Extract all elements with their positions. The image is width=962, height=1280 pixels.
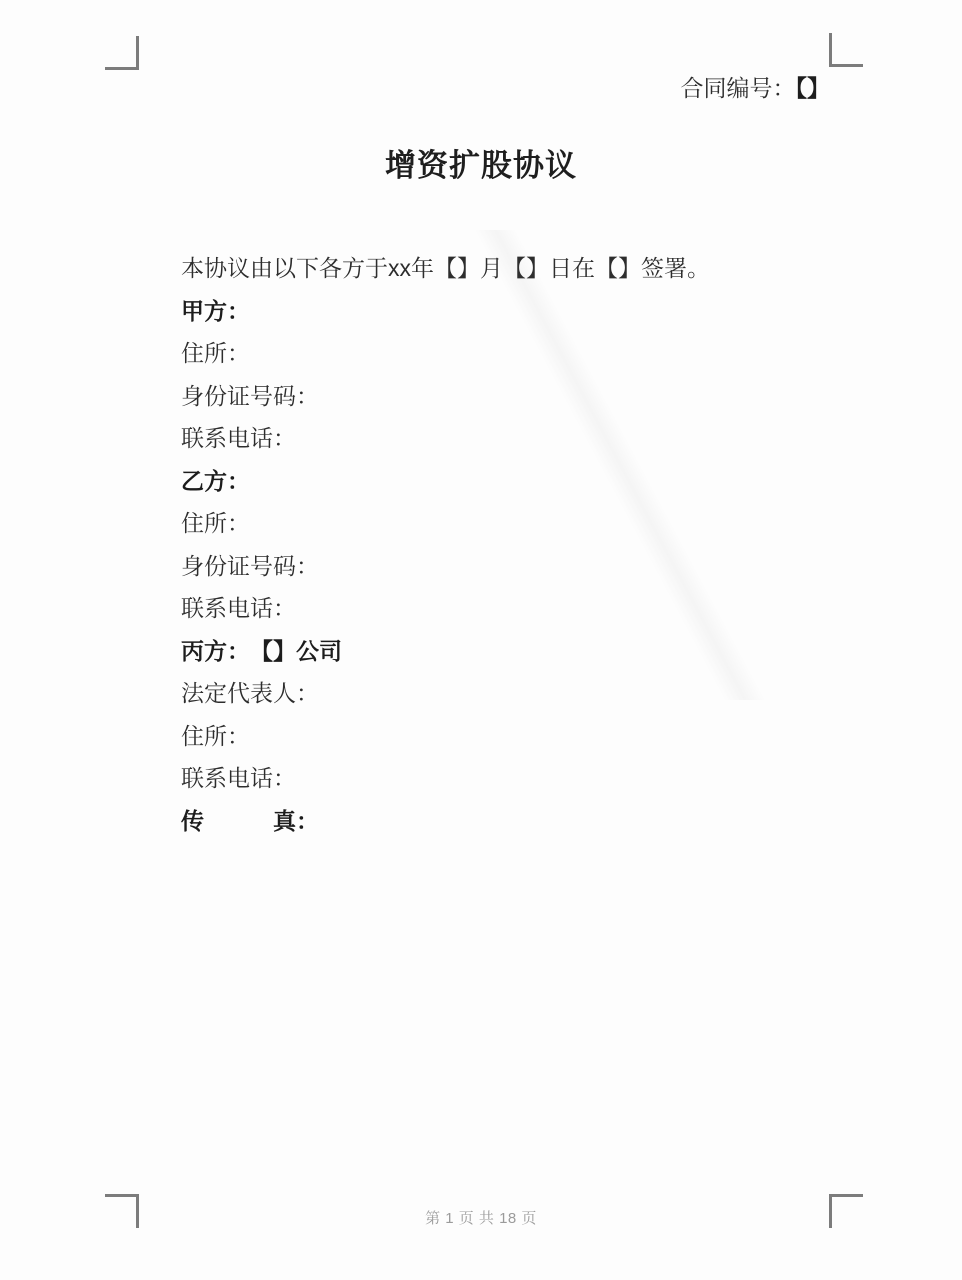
party-b-label: 乙方： bbox=[181, 460, 821, 503]
margin-crop-mark-top-right-icon bbox=[829, 33, 863, 67]
contract-number-value: 【】 bbox=[796, 75, 831, 101]
contract-number-line: 合同编号：【】 bbox=[681, 74, 831, 102]
document-title: 增资扩股协议 bbox=[0, 147, 962, 185]
party-a-label: 甲方： bbox=[181, 290, 821, 333]
party-c-address-label: 住所： bbox=[181, 715, 821, 758]
party-a-phone-label: 联系电话： bbox=[181, 417, 821, 460]
party-b-phone-label: 联系电话： bbox=[181, 587, 821, 630]
fax-label: 传 真： bbox=[181, 800, 821, 843]
party-a-id-number-label: 身份证号码： bbox=[181, 375, 821, 418]
party-b-id-number-label: 身份证号码： bbox=[181, 545, 821, 588]
party-c-label: 丙方： 【】公司 bbox=[181, 630, 821, 673]
legal-representative-label: 法定代表人： bbox=[181, 672, 821, 715]
party-a-address-label: 住所： bbox=[181, 332, 821, 375]
contract-number-label: 合同编号： bbox=[681, 75, 796, 101]
intro-line: 本协议由以下各方于xx年【】月【】日在【】签署。 bbox=[181, 247, 821, 290]
margin-crop-mark-top-left-icon bbox=[105, 36, 139, 70]
document-page: 合同编号：【】 增资扩股协议 本协议由以下各方于xx年【】月【】日在【】签署。 … bbox=[0, 0, 962, 1280]
party-b-address-label: 住所： bbox=[181, 502, 821, 545]
page-number-footer: 第 1 页 共 18 页 bbox=[0, 1207, 962, 1228]
document-body: 本协议由以下各方于xx年【】月【】日在【】签署。 甲方： 住所： 身份证号码： … bbox=[181, 247, 821, 842]
party-c-phone-label: 联系电话： bbox=[181, 757, 821, 800]
